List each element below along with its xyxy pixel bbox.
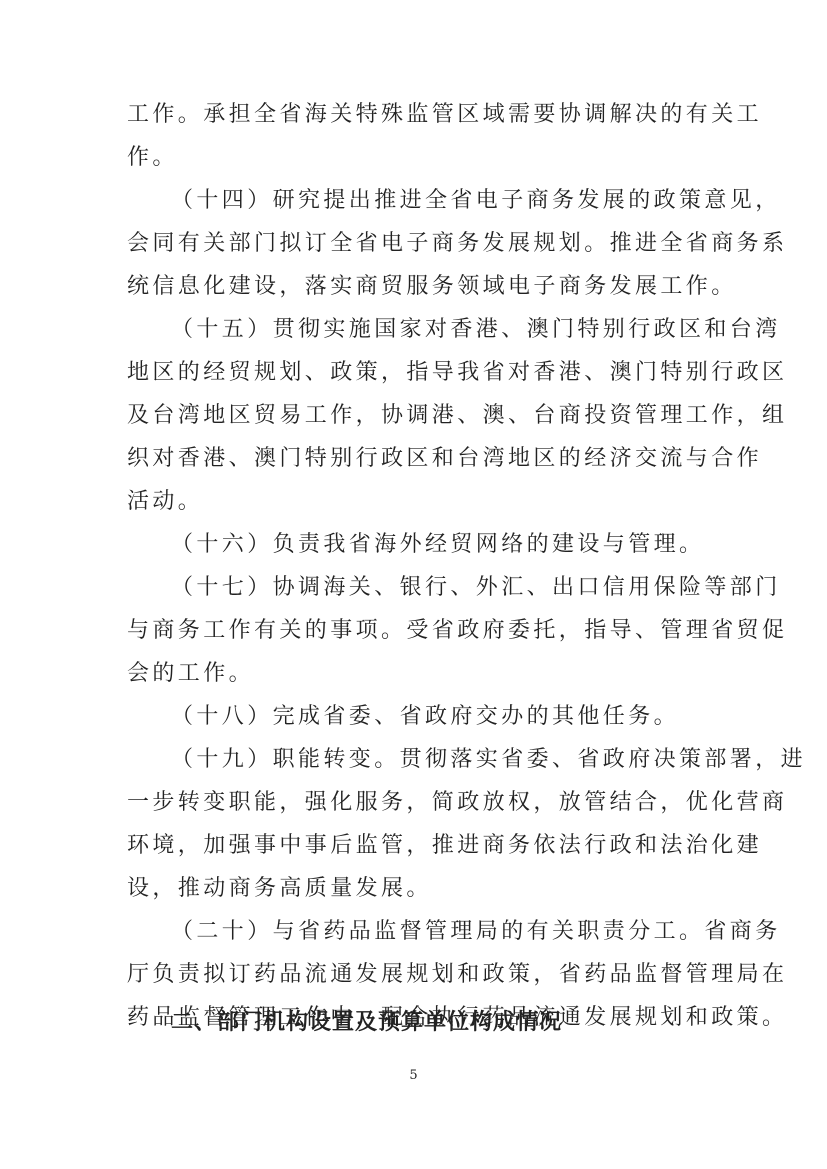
document-page: 工作。承担全省海关特殊监管区域需要协调解决的有关工作。（十四）研究提出推进全省电… [0, 0, 827, 1169]
text-line: （十八）完成省委、省政府交办的其他任务。 [171, 697, 702, 737]
text-line: 厅负责拟订药品流通发展规划和政策，省药品监督管理局在 [127, 955, 702, 995]
text-line: 设，推动商务高质量发展。 [127, 869, 702, 909]
section-heading: 二、部门机构设置及预算单位构成情况 [171, 1003, 562, 1043]
text-line: 及台湾地区贸易工作，协调港、澳、台商投资管理工作，组 [127, 396, 702, 436]
text-line: （十七）协调海关、银行、外汇、出口信用保险等部门 [171, 568, 702, 608]
text-line: （十六）负责我省海外经贸网络的建设与管理。 [171, 525, 702, 565]
text-line: 作。 [127, 138, 702, 178]
text-line: 地区的经贸规划、政策，指导我省对香港、澳门特别行政区 [127, 353, 702, 393]
text-line: 会同有关部门拟订全省电子商务发展规划。推进全省商务系 [127, 224, 702, 264]
text-line: （十九）职能转变。贯彻落实省委、省政府决策部署，进 [171, 740, 702, 780]
text-line: 会的工作。 [127, 654, 702, 694]
text-line: 织对香港、澳门特别行政区和台湾地区的经济交流与合作 [127, 439, 702, 479]
text-line: （十四）研究提出推进全省电子商务发展的政策意见， [171, 181, 702, 221]
text-line: 活动。 [127, 482, 702, 522]
text-line: 工作。承担全省海关特殊监管区域需要协调解决的有关工 [127, 95, 702, 135]
text-line: 一步转变职能，强化服务，简政放权，放管结合，优化营商 [127, 783, 702, 823]
text-line: （十五）贯彻实施国家对香港、澳门特别行政区和台湾 [171, 310, 702, 350]
text-line: 统信息化建设，落实商贸服务领域电子商务发展工作。 [127, 267, 702, 307]
text-line: 环境，加强事中事后监管，推进商务依法行政和法治化建 [127, 826, 702, 866]
text-line: （二十）与省药品监督管理局的有关职责分工。省商务 [171, 912, 702, 952]
text-line: 与商务工作有关的事项。受省政府委托，指导、管理省贸促 [127, 611, 702, 651]
page-number: 5 [0, 1068, 827, 1083]
